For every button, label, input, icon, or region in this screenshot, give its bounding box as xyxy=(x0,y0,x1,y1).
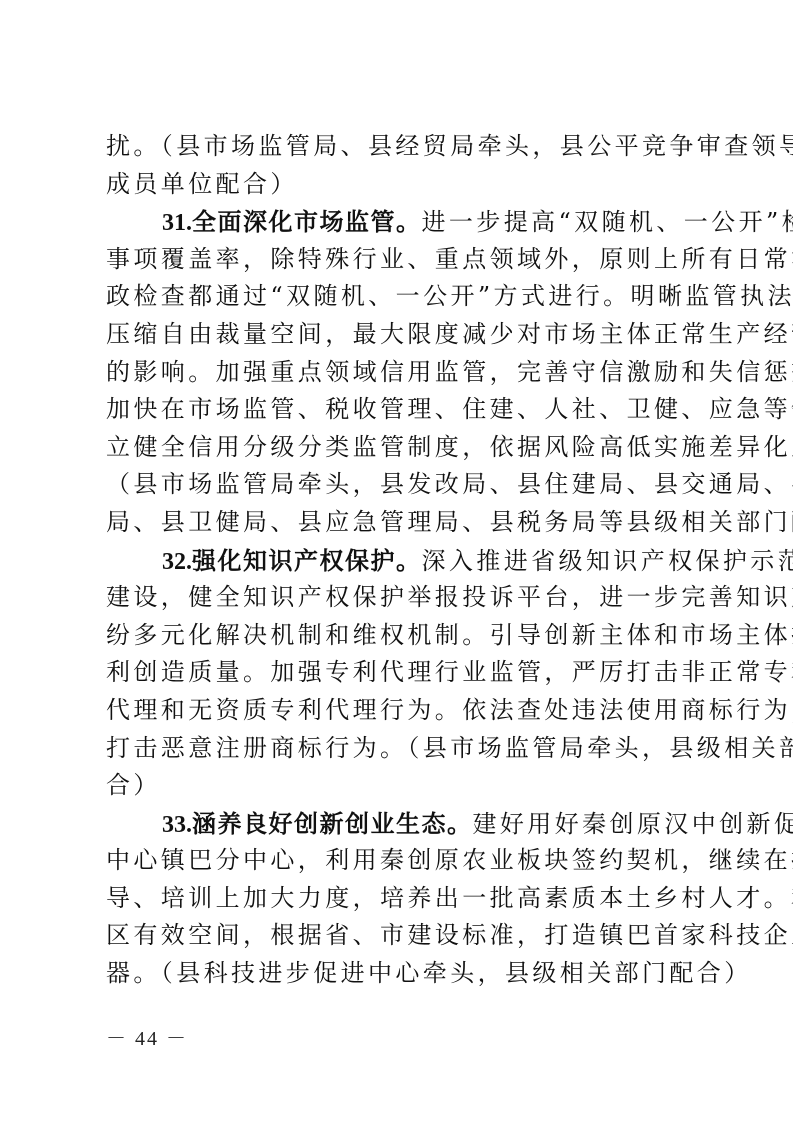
text-line: 局、县卫健局、县应急管理局、县税务局等县级相关部门配合） xyxy=(106,504,696,542)
text-line: 事项覆盖率，除特殊行业、重点领域外，原则上所有日常涉企行 xyxy=(106,241,696,279)
text-line: 导、培训上加大力度，培养出一批高素质本土乡村人才。利用园 xyxy=(106,880,696,918)
text-line: 压缩自由裁量空间，最大限度减少对市场主体正常生产经营活动 xyxy=(106,316,696,354)
text-line: （县市场监管局牵头，县发改局、县住建局、县交通局、县人社 xyxy=(106,466,696,504)
text-line: 纷多元化解决机制和维权机制。引导创新主体和市场主体提升专 xyxy=(106,617,696,655)
text-line: 建设，健全知识产权保护举报投诉平台，进一步完善知识产权纠 xyxy=(106,579,696,617)
text-line: 政检查都通过“双随机、一公开”方式进行。明晰监管执法边界， xyxy=(106,278,696,316)
section-title: 涵养良好创新创业生态。 xyxy=(192,809,473,838)
text-line: 加快在市场监管、税收管理、住建、人社、卫健、应急等领域建 xyxy=(106,391,696,429)
page-number: － 44 － xyxy=(106,1022,188,1051)
section-number: 32. xyxy=(162,549,192,575)
section-number: 31. xyxy=(162,210,192,236)
section-heading: 31.全面深化市场监管。 xyxy=(162,207,422,236)
text-line: 器。（县科技进步促进中心牵头，县级相关部门配合） xyxy=(106,955,696,993)
text-line: 代理和无资质专利代理行为。依法查处违法使用商标行为，严厉 xyxy=(106,692,696,730)
text-line: 中心镇巴分中心，利用秦创原农业板块签约契机，继续在技术指 xyxy=(106,842,696,880)
text-line: 打击恶意注册商标行为。（县市场监管局牵头，县级相关部门配 xyxy=(106,730,696,768)
section-33-heading-line: 33.涵养良好创新创业生态。建好用好秦创原汉中创新促进 xyxy=(106,805,696,843)
text-line: 扰。（县市场监管局、县经贸局牵头，县公平竞争审查领导小组 xyxy=(106,128,696,166)
section-text: 深入推进省级知识产权保护示范区 xyxy=(422,547,793,575)
section-heading: 33.涵养良好创新创业生态。 xyxy=(162,809,473,838)
section-heading: 32.强化知识产权保护。 xyxy=(162,546,422,575)
section-32-heading-line: 32.强化知识产权保护。深入推进省级知识产权保护示范区 xyxy=(106,542,696,580)
text-line: 成员单位配合） xyxy=(106,166,696,204)
section-text: 进一步提高“双随机、一公开”检查 xyxy=(422,208,793,236)
section-text: 建好用好秦创原汉中创新促进 xyxy=(473,810,793,838)
document-body: 扰。（县市场监管局、县经贸局牵头，县公平竞争审查领导小组 成员单位配合） 31.… xyxy=(106,128,696,993)
text-line: 利创造质量。加强专利代理行业监管，严厉打击非正常专利申请 xyxy=(106,654,696,692)
section-title: 强化知识产权保护。 xyxy=(192,546,422,575)
text-line: 区有效空间，根据省、市建设标准，打造镇巴首家科技企业孵化 xyxy=(106,917,696,955)
text-line: 的影响。加强重点领域信用监管，完善守信激励和失信惩戒措施。 xyxy=(106,354,696,392)
section-title: 全面深化市场监管。 xyxy=(192,207,422,236)
section-number: 33. xyxy=(162,812,192,838)
text-line: 合） xyxy=(106,767,696,805)
section-31-heading-line: 31.全面深化市场监管。进一步提高“双随机、一公开”检查 xyxy=(106,203,696,241)
text-line: 立健全信用分级分类监管制度，依据风险高低实施差异化监管。 xyxy=(106,429,696,467)
